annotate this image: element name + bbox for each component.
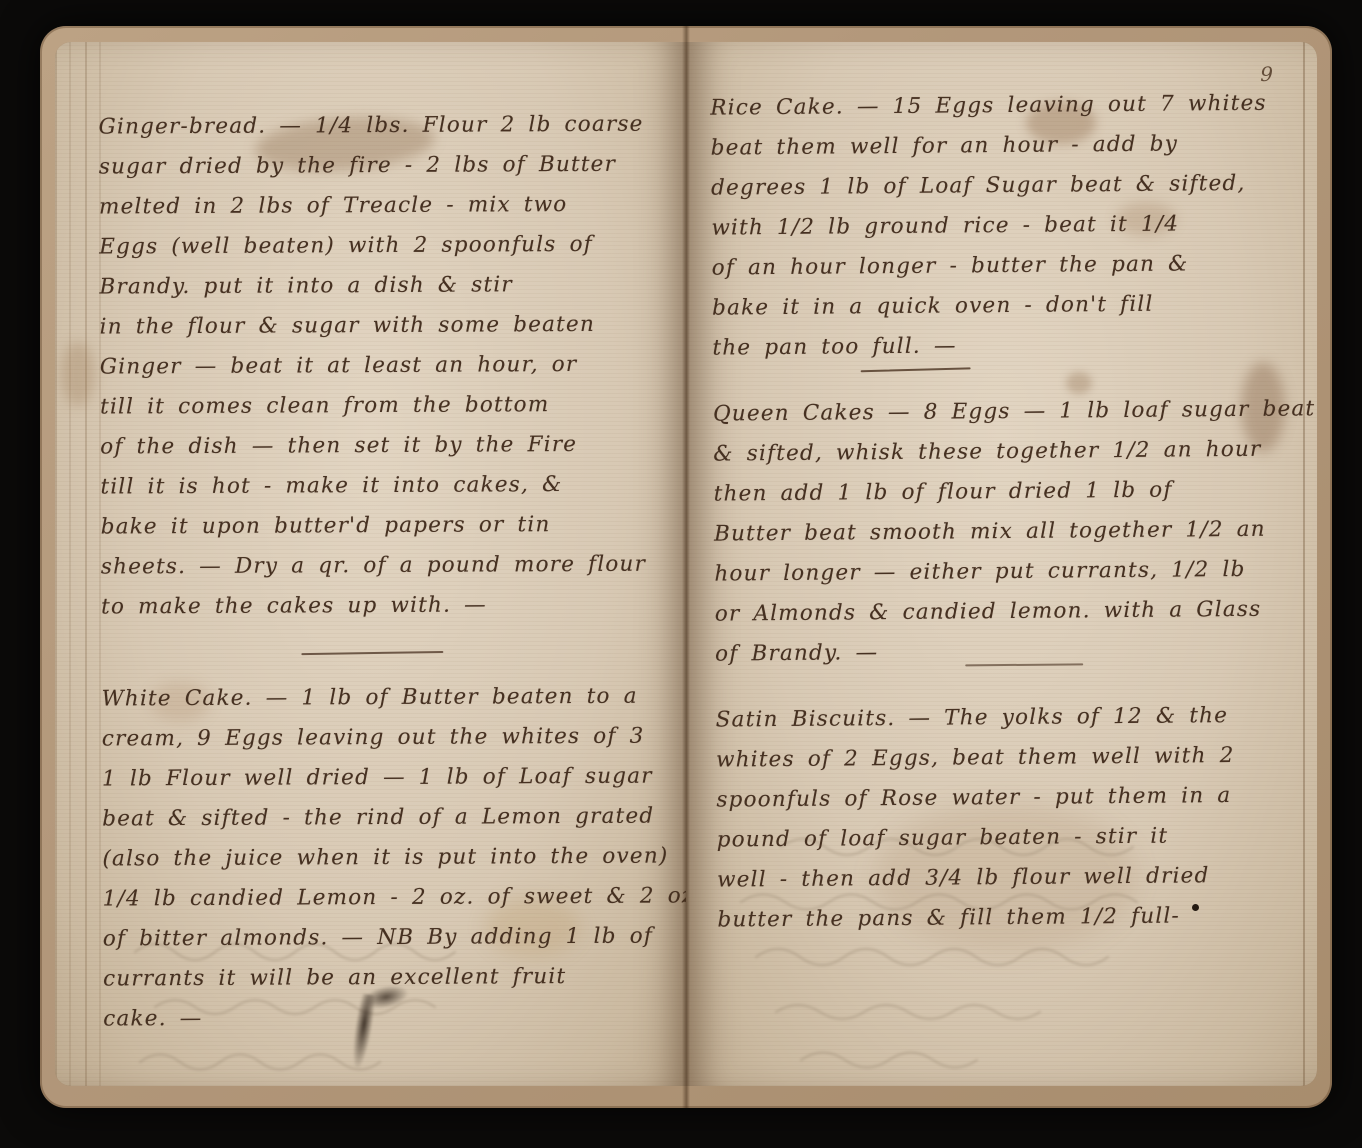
manuscript-line: till it comes clean from the bottom [100,385,667,428]
manuscript-line: with 1/2 lb ground rice - beat it 1/4 [711,203,1300,248]
stain [61,342,95,406]
manuscript-line: Eggs (well beaten) with 2 spoonfuls of [99,225,666,268]
manuscript-line: Brandy. put it into a dish & stir [99,265,666,308]
manuscript-line: cake. — [103,997,670,1040]
manuscript-line: Ginger — beat it at least an hour, or [100,345,667,388]
manuscript-line: & sifted, whisk these together 1/2 an ho… [713,429,1302,474]
manuscript-line: the pan too full. — [712,323,1301,368]
manuscript-line: pound of loaf sugar beaten - stir it [717,815,1306,860]
manuscript-line: in the flour & sugar with some beaten [100,305,667,348]
manuscript-line: (also the juice when it is put into the … [102,837,669,880]
manuscript-line: currants it will be an excellent fruit [103,957,670,1000]
manuscript-book: Ginger-bread. — 1/4 lbs. Flour 2 lb coar… [40,26,1332,1108]
left-page-text: Ginger-bread. — 1/4 lbs. Flour 2 lb coar… [98,105,670,1066]
manuscript-line: bake it in a quick oven - don't fill [712,283,1301,328]
manuscript-line: Satin Biscuits. — The yolks of 12 & the [716,695,1305,740]
manuscript-line: of bitter almonds. — NB By adding 1 lb o… [103,917,670,960]
right-page: 9 Rice Cake. — 15 Eggs leaving out 7 whi… [686,42,1317,1086]
manuscript-line: 1/4 lb candied Lemon - 2 oz. of sweet & … [103,877,670,920]
recipe-gingerbread: Ginger-bread. — 1/4 lbs. Flour 2 lb coar… [98,105,668,628]
right-page-text: Rice Cake. — 15 Eggs leaving out 7 white… [710,83,1307,966]
manuscript-line: Queen Cakes — 8 Eggs — 1 lb loaf sugar b… [713,389,1302,434]
manuscript-line: well - then add 3/4 lb flour well dried [717,855,1306,900]
manuscript-line: Rice Cake. — 15 Eggs leaving out 7 white… [710,83,1299,128]
manuscript-line: till it is hot - make it into cakes, & [100,465,667,508]
manuscript-line: hour longer — either put currants, 1/2 l… [714,549,1303,594]
recipe-rice-cake: Rice Cake. — 15 Eggs leaving out 7 white… [710,83,1301,368]
manuscript-line: sheets. — Dry a qr. of a pound more flou… [101,545,668,588]
manuscript-line: bake it upon butter'd papers or tin [101,505,668,548]
manuscript-line: sugar dried by the fire - 2 lbs of Butte… [99,145,666,188]
manuscript-line: butter the pans & fill them 1/2 full- [717,895,1306,940]
manuscript-line: beat them well for an hour - add by [711,123,1300,168]
manuscript-line: beat & sifted - the rind of a Lemon grat… [102,797,669,840]
manuscript-line: White Cake. — 1 lb of Butter beaten to a [101,677,668,720]
manuscript-line: Ginger-bread. — 1/4 lbs. Flour 2 lb coar… [98,105,665,148]
left-page: Ginger-bread. — 1/4 lbs. Flour 2 lb coar… [55,42,686,1086]
manuscript-line: whites of 2 Eggs, beat them well with 2 [716,735,1305,780]
manuscript-line: or Almonds & candied lemon. with a Glass [715,589,1304,634]
open-page-spread: Ginger-bread. — 1/4 lbs. Flour 2 lb coar… [55,42,1317,1086]
recipe-white-cake: White Cake. — 1 lb of Butter beaten to a… [101,677,670,1040]
section-divider [301,651,443,655]
recipe-satin-biscuits: Satin Biscuits. — The yolks of 12 & thew… [716,695,1307,940]
page-number: 9 [1260,62,1273,86]
manuscript-line: 1 lb Flour well dried — 1 lb of Loaf sug… [102,757,669,800]
manuscript-line: then add 1 lb of flour dried 1 lb of [714,469,1303,514]
underline-rule [861,367,971,372]
recipe-queen-cakes: Queen Cakes — 8 Eggs — 1 lb loaf sugar b… [713,389,1304,674]
manuscript-line: of Brandy. — [715,629,1304,674]
manuscript-line: of the dish — then set it by the Fire [100,425,667,468]
manuscript-line: of an hour longer - butter the pan & [712,243,1301,288]
manuscript-line: melted in 2 lbs of Treacle - mix two [99,185,666,228]
manuscript-line: to make the cakes up with. — [101,585,668,628]
manuscript-line: Butter beat smooth mix all together 1/2 … [714,509,1303,554]
manuscript-line: cream, 9 Eggs leaving out the whites of … [102,717,669,760]
manuscript-line: spoonfuls of Rose water - put them in a [716,775,1305,820]
manuscript-line: degrees 1 lb of Loaf Sugar beat & sifted… [711,163,1300,208]
